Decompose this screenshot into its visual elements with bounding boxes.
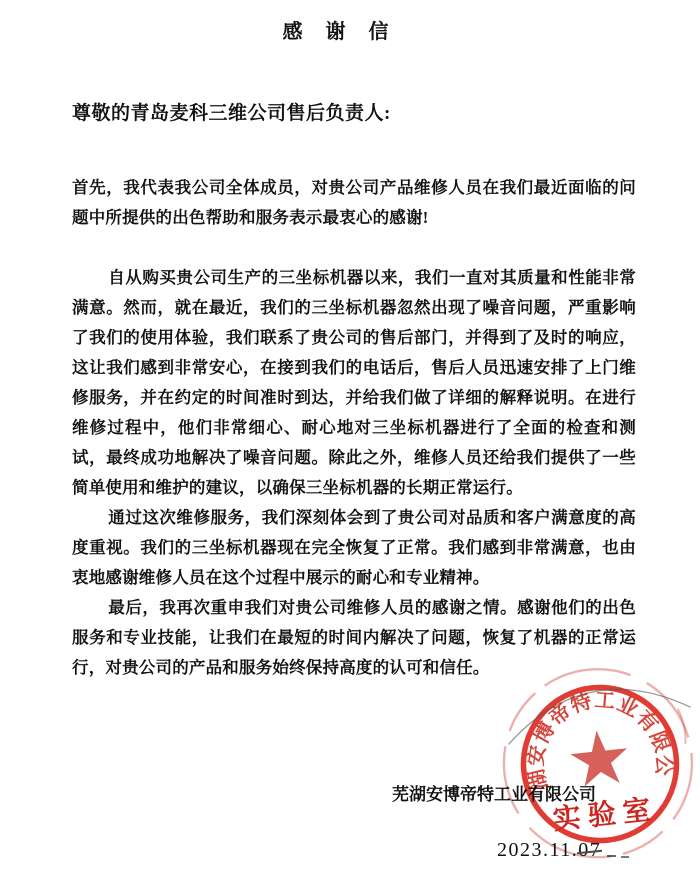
seal-ring-text-holder: 芜湖安博帝特工业有限公司 (487, 651, 678, 797)
ink-smudge (678, 708, 687, 744)
seal-ring-text: 芜湖安博帝特工业有限公司 (487, 651, 678, 797)
letter-title: 感 谢 信 (0, 0, 690, 44)
seal-graphic: 芜湖安博帝特工业有限公司 实验室 (487, 651, 700, 877)
letter-paragraph-body-2: 通过这次维修服务，我们深刻体会到了贵公司对品质和客户满意度的高度重视。我们的三坐… (72, 503, 636, 593)
letter-paragraph-body-1: 自从购买贵公司生产的三坐标机器以来，我们一直对其质量和性能非常满意。然而，就在最… (72, 263, 636, 503)
letter-paragraph-intro: 首先，我代表我公司全体成员，对贵公司产品维修人员在我们最近面临的问题中所提供的出… (72, 173, 636, 233)
letter-salutation: 尊敬的青岛麦科三维公司售后负责人: (72, 98, 634, 125)
company-seal-stamp: 芜湖安博帝特工业有限公司 实验室 (487, 651, 700, 877)
thank-you-letter-page: 感 谢 信 尊敬的青岛麦科三维公司售后负责人: 首先，我代表我公司全体成员，对贵… (0, 0, 700, 880)
red-star-icon (568, 728, 630, 788)
